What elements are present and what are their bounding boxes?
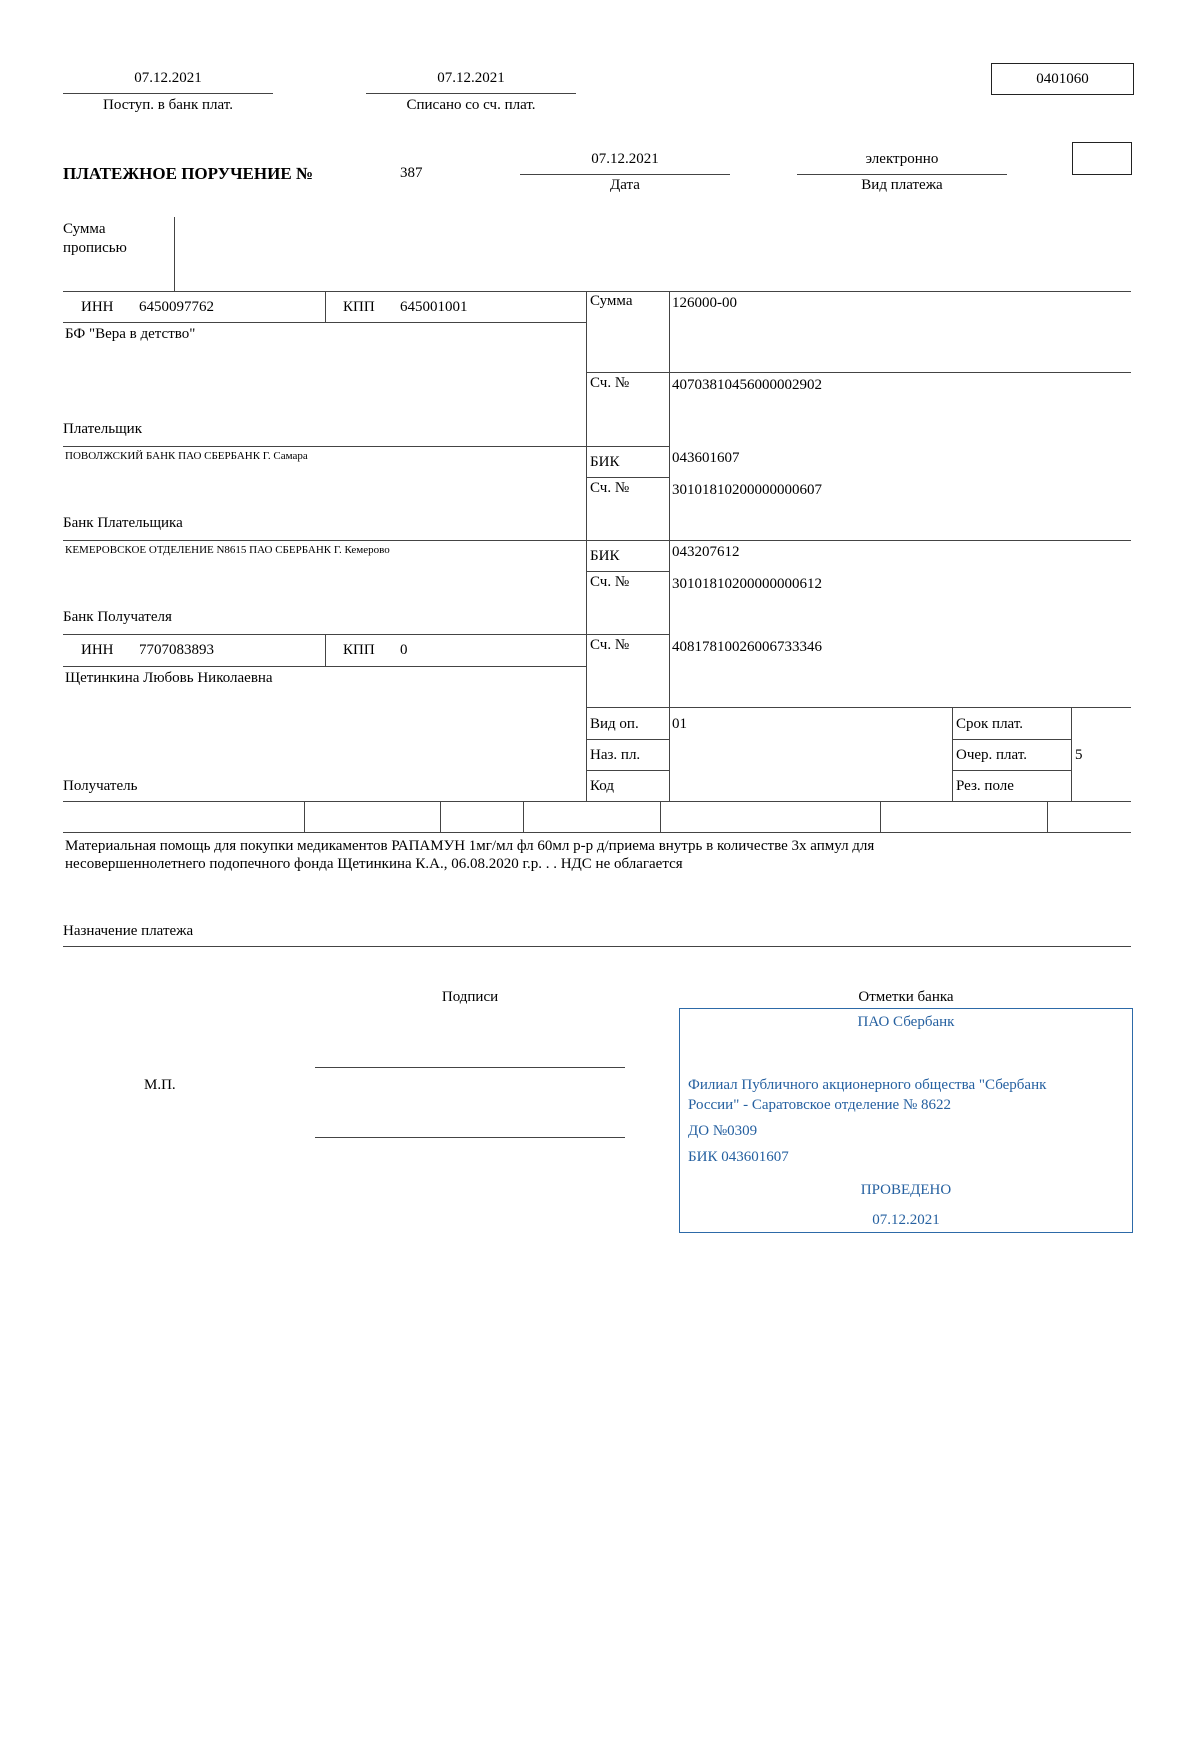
recipient-bank-account: 30101810200000000612 bbox=[672, 576, 822, 593]
grid-line bbox=[586, 770, 669, 771]
priority-label: Очер. плат. bbox=[956, 747, 1027, 764]
bank-marks-label: Отметки банка bbox=[680, 989, 1132, 1006]
payer-kpp-label: КПП bbox=[343, 299, 375, 316]
grid-line bbox=[325, 634, 326, 666]
term-label: Срок плат. bbox=[956, 716, 1023, 733]
grid-line bbox=[669, 291, 670, 801]
grid-line bbox=[440, 801, 441, 832]
recipient-inn: 7707083893 bbox=[139, 642, 214, 659]
payer-bank-label: Банк Плательщика bbox=[63, 515, 183, 532]
payer-bank-bik-label: БИК bbox=[590, 454, 619, 471]
signature-line-1 bbox=[315, 1067, 625, 1068]
grid-line bbox=[952, 770, 1071, 771]
grid-line bbox=[586, 571, 669, 572]
op-type-label: Вид оп. bbox=[590, 716, 639, 733]
grid-line bbox=[523, 801, 524, 832]
debited-label: Списано со сч. плат. bbox=[366, 97, 576, 114]
grid-line bbox=[63, 946, 1131, 947]
grid-line bbox=[586, 372, 669, 373]
stamp-status: ПРОВЕДЕНО bbox=[680, 1182, 1132, 1199]
grid-line bbox=[63, 666, 586, 667]
divider bbox=[63, 93, 273, 94]
recipient-bank-name: КЕМЕРОВСКОЕ ОТДЕЛЕНИЕ N8615 ПАО СБЕРБАНК… bbox=[65, 544, 390, 556]
purpose-code-label: Наз. пл. bbox=[590, 747, 640, 764]
payer-inn: 6450097762 bbox=[139, 299, 214, 316]
payer-account: 40703810456000002902 bbox=[672, 377, 822, 394]
grid-line bbox=[1047, 801, 1048, 832]
purpose-text: Материальная помощь для покупки медикаме… bbox=[65, 837, 874, 873]
op-type: 01 bbox=[672, 716, 687, 733]
order-date: 07.12.2021 bbox=[520, 151, 730, 168]
stamp-bank-name: ПАО Сбербанк bbox=[680, 1014, 1132, 1031]
grid-line bbox=[1071, 707, 1072, 801]
recipient-name: Щетинкина Любовь Николаевна bbox=[65, 670, 273, 687]
grid-line bbox=[63, 801, 1131, 802]
amount-label: Сумма bbox=[590, 293, 632, 310]
recipient-kpp-label: КПП bbox=[343, 642, 375, 659]
bank-stamp: ПАО Сбербанк Филиал Публичного акционерн… bbox=[679, 1008, 1133, 1233]
payer-label: Плательщик bbox=[63, 421, 142, 438]
page-title: ПЛАТЕЖНОЕ ПОРУЧЕНИЕ № bbox=[63, 164, 313, 184]
amount-value: 126000-00 bbox=[672, 295, 737, 312]
grid-line bbox=[63, 540, 1131, 541]
grid-line bbox=[63, 322, 586, 323]
recipient-bank-label: Банк Получателя bbox=[63, 609, 172, 626]
payer-inn-label: ИНН bbox=[81, 299, 114, 316]
grid-line bbox=[63, 446, 669, 447]
received-label: Поступ. в банк плат. bbox=[63, 97, 273, 114]
stamp-office: ДО №0309 bbox=[688, 1123, 757, 1140]
code-label: Код bbox=[590, 778, 614, 795]
grid-line bbox=[586, 707, 1131, 708]
divider bbox=[797, 174, 1007, 175]
grid-line bbox=[952, 739, 1071, 740]
form-code-box: 0401060 bbox=[991, 63, 1134, 95]
grid-line bbox=[304, 801, 305, 832]
date-label: Дата bbox=[520, 177, 730, 194]
recipient-bank-account-label: Сч. № bbox=[590, 574, 629, 591]
received-date: 07.12.2021 bbox=[63, 70, 273, 87]
grid-line bbox=[952, 707, 953, 801]
recipient-label: Получатель bbox=[63, 778, 137, 795]
stamp-date: 07.12.2021 bbox=[680, 1212, 1132, 1229]
payer-bank-account-label: Сч. № bbox=[590, 480, 629, 497]
grid-line bbox=[586, 291, 587, 801]
payer-name: БФ "Вера в детство" bbox=[65, 326, 195, 343]
recipient-bank-bik: 043207612 bbox=[672, 544, 740, 561]
purpose-label: Назначение платежа bbox=[63, 923, 193, 940]
recipient-account-label: Сч. № bbox=[590, 637, 629, 654]
status-code-box bbox=[1072, 142, 1132, 175]
payer-bank-bik: 043601607 bbox=[672, 450, 740, 467]
signatures-label: Подписи bbox=[315, 989, 625, 1006]
recipient-kpp: 0 bbox=[400, 642, 408, 659]
divider bbox=[366, 93, 576, 94]
payer-bank-account: 30101810200000000607 bbox=[672, 482, 822, 499]
stamp-branch: Филиал Публичного акционерного общества … bbox=[688, 1075, 1046, 1115]
recipient-inn-label: ИНН bbox=[81, 642, 114, 659]
amount-words-label: Сумма прописью bbox=[63, 220, 127, 258]
grid-line bbox=[660, 801, 661, 832]
grid-line bbox=[586, 477, 669, 478]
grid-line bbox=[63, 291, 1131, 292]
stamp-place-label: М.П. bbox=[144, 1077, 176, 1094]
recipient-bank-bik-label: БИК bbox=[590, 548, 619, 565]
divider bbox=[174, 217, 175, 291]
grid-line bbox=[669, 372, 1131, 373]
signature-line-2 bbox=[315, 1137, 625, 1138]
reserve-label: Рез. поле bbox=[956, 778, 1014, 795]
grid-line bbox=[63, 634, 669, 635]
stamp-bik: БИК 043601607 bbox=[688, 1149, 789, 1166]
payer-bank-name: ПОВОЛЖСКИЙ БАНК ПАО СБЕРБАНК Г. Самара bbox=[65, 450, 308, 462]
priority-value: 5 bbox=[1075, 747, 1083, 764]
grid-line bbox=[586, 739, 669, 740]
payer-account-label: Сч. № bbox=[590, 375, 629, 392]
debited-date: 07.12.2021 bbox=[366, 70, 576, 87]
grid-line bbox=[63, 832, 1131, 833]
form-code: 0401060 bbox=[1036, 71, 1089, 87]
payment-type-label: Вид платежа bbox=[797, 177, 1007, 194]
grid-line bbox=[880, 801, 881, 832]
divider bbox=[520, 174, 730, 175]
payer-kpp: 645001001 bbox=[400, 299, 468, 316]
payment-type: электронно bbox=[797, 151, 1007, 168]
order-number: 387 bbox=[400, 165, 423, 182]
recipient-account: 40817810026006733346 bbox=[672, 639, 822, 656]
grid-line bbox=[325, 291, 326, 322]
